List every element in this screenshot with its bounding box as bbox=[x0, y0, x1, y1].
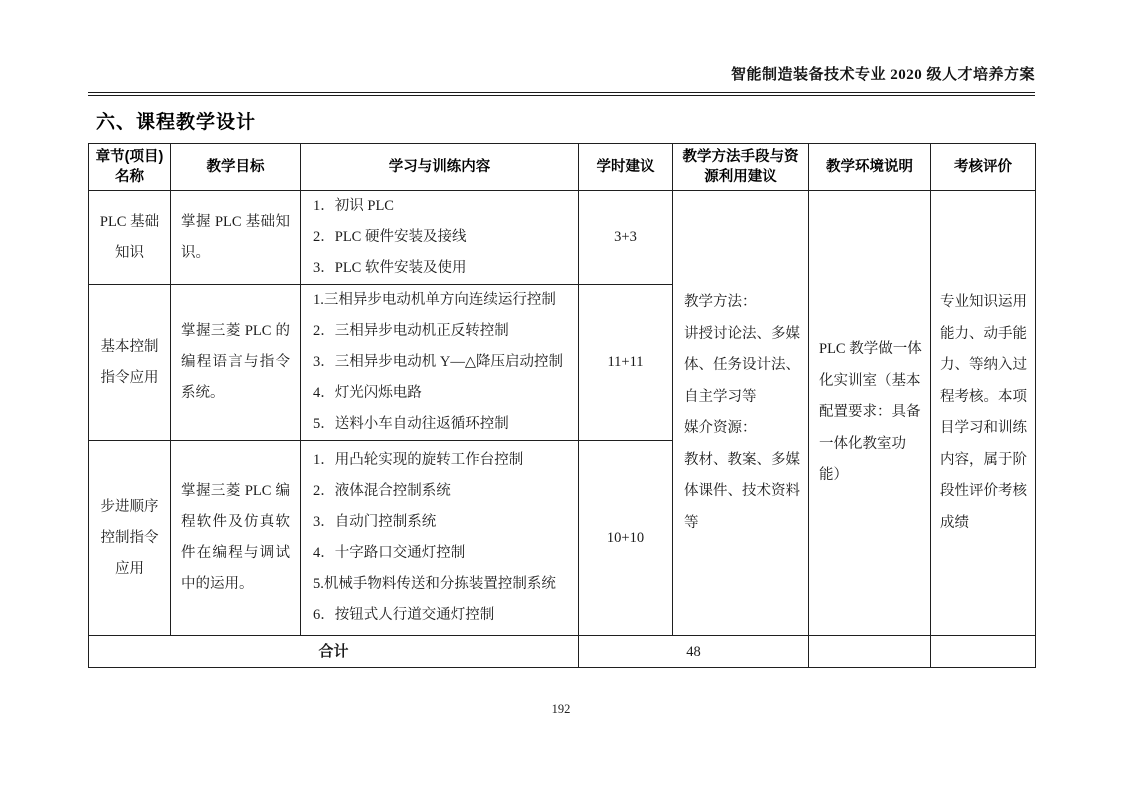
content-item: 1．初识 PLC bbox=[313, 191, 574, 222]
total-empty-environment-cell bbox=[809, 636, 931, 668]
content-item: 2．液体混合控制系统 bbox=[313, 476, 574, 507]
content-item: 4．灯光闪烁电路 bbox=[313, 378, 574, 409]
hours-cell: 11+11 bbox=[579, 285, 673, 441]
course-design-table: 章节(项目)名称 教学目标 学习与训练内容 学时建议 教学方法手段与资源利用建议… bbox=[88, 143, 1036, 668]
content-cell: 1．初识 PLC 2．PLC 硬件安装及接线 3．PLC 软件安装及使用 bbox=[301, 191, 579, 285]
table-row: PLC 基础 知识 掌握 PLC 基础知识。 1．初识 PLC 2．PLC 硬件… bbox=[89, 191, 1036, 285]
content-item: 3．自动门控制系统 bbox=[313, 507, 574, 538]
content-item: 2．三相异步电动机正反转控制 bbox=[313, 316, 574, 347]
content-item: 3．三相异步电动机 Y—△降压启动控制 bbox=[313, 347, 574, 378]
objective-cell: 掌握三菱 PLC 的编程语言与指令系统。 bbox=[171, 285, 301, 441]
chapter-line: 基本控制 bbox=[93, 332, 166, 363]
chapter-cell: 基本控制 指令应用 bbox=[89, 285, 171, 441]
total-empty-assessment-cell bbox=[931, 636, 1036, 668]
methods-line: 教材、教案、多媒体课件、技术资料等 bbox=[684, 445, 802, 540]
col-header-environment: 教学环境说明 bbox=[809, 144, 931, 191]
total-row: 合计 48 bbox=[89, 636, 1036, 668]
col-header-methods: 教学方法手段与资源利用建议 bbox=[673, 144, 809, 191]
hours-cell: 10+10 bbox=[579, 441, 673, 636]
table-header-row: 章节(项目)名称 教学目标 学习与训练内容 学时建议 教学方法手段与资源利用建议… bbox=[89, 144, 1036, 191]
total-label-cell: 合计 bbox=[89, 636, 579, 668]
col-header-assessment: 考核评价 bbox=[931, 144, 1036, 191]
chapter-line: 控制指令 bbox=[93, 523, 166, 554]
methods-line: 讲授讨论法、多媒体、任务设计法、自主学习等 bbox=[684, 319, 802, 414]
content-item: 4．十字路口交通灯控制 bbox=[313, 538, 574, 569]
content-cell: 1.三相异步电动机单方向连续运行控制 2．三相异步电动机正反转控制 3．三相异步… bbox=[301, 285, 579, 441]
col-header-chapter: 章节(项目)名称 bbox=[89, 144, 171, 191]
document-page: 智能制造装备技术专业 2020 级人才培养方案 六、课程教学设计 章节(项目)名… bbox=[0, 0, 1122, 793]
col-header-hours: 学时建议 bbox=[579, 144, 673, 191]
environment-cell: PLC 教学做一体化实训室（基本配置要求：具备一体化教室功能） bbox=[809, 191, 931, 636]
chapter-line: 应用 bbox=[93, 554, 166, 585]
page-number: 192 bbox=[0, 702, 1122, 717]
chapter-line: PLC 基础 bbox=[93, 207, 166, 238]
chapter-cell: 步进顺序 控制指令 应用 bbox=[89, 441, 171, 636]
objective-cell: 掌握 PLC 基础知识。 bbox=[171, 191, 301, 285]
content-item: 6．按钮式人行道交通灯控制 bbox=[313, 600, 574, 631]
section-title: 六、课程教学设计 bbox=[96, 107, 256, 134]
chapter-cell: PLC 基础 知识 bbox=[89, 191, 171, 285]
content-item: 1.三相异步电动机单方向连续运行控制 bbox=[313, 285, 574, 316]
chapter-line: 步进顺序 bbox=[93, 492, 166, 523]
page-header-text: 智能制造装备技术专业 2020 级人才培养方案 bbox=[88, 63, 1035, 84]
methods-cell: 教学方法： 讲授讨论法、多媒体、任务设计法、自主学习等 媒介资源： 教材、教案、… bbox=[673, 191, 809, 636]
methods-line: 媒介资源： bbox=[684, 413, 802, 445]
content-item: 3．PLC 软件安装及使用 bbox=[313, 253, 574, 284]
objective-cell: 掌握三菱 PLC 编程软件及仿真软件在编程与调试中的运用。 bbox=[171, 441, 301, 636]
col-header-objective: 教学目标 bbox=[171, 144, 301, 191]
content-item: 1．用凸轮实现的旋转工作台控制 bbox=[313, 445, 574, 476]
content-item: 5．送料小车自动往返循环控制 bbox=[313, 409, 574, 440]
col-header-content: 学习与训练内容 bbox=[301, 144, 579, 191]
chapter-line: 指令应用 bbox=[93, 363, 166, 394]
total-hours-cell: 48 bbox=[579, 636, 809, 668]
methods-line: 教学方法： bbox=[684, 287, 802, 319]
header-rule bbox=[88, 92, 1035, 96]
content-cell: 1．用凸轮实现的旋转工作台控制 2．液体混合控制系统 3．自动门控制系统 4．十… bbox=[301, 441, 579, 636]
chapter-line: 知识 bbox=[93, 238, 166, 269]
content-item: 2．PLC 硬件安装及接线 bbox=[313, 222, 574, 253]
assessment-cell: 专业知识运用能力、动手能力、等纳入过程考核。本项目学习和训练内容，属于阶段性评价… bbox=[931, 191, 1036, 636]
hours-cell: 3+3 bbox=[579, 191, 673, 285]
content-item: 5.机械手物料传送和分拣装置控制系统 bbox=[313, 569, 574, 600]
